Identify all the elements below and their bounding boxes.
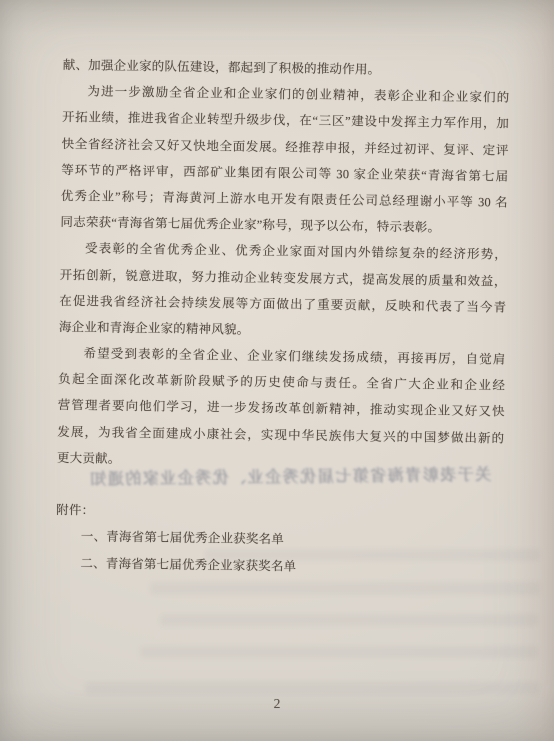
bleedthrough-band — [160, 614, 538, 626]
attachment-item-2: 二、青海省第七届优秀企业家获奖名单 — [55, 550, 502, 583]
bleedthrough-band — [140, 646, 538, 658]
bleedthrough-band — [85, 682, 540, 694]
page-number: 2 — [254, 696, 300, 712]
bleedthrough-band — [150, 582, 540, 595]
document-body: 献、加强企业家的队伍建设，都起到了积极的推动作用。为进一步激励全省企业和企业家们… — [55, 52, 510, 582]
document-page: 关于表彰青海省第七届优秀企业、优秀企业家的通知 献、加强企业家的队伍建设，都起到… — [0, 0, 554, 741]
